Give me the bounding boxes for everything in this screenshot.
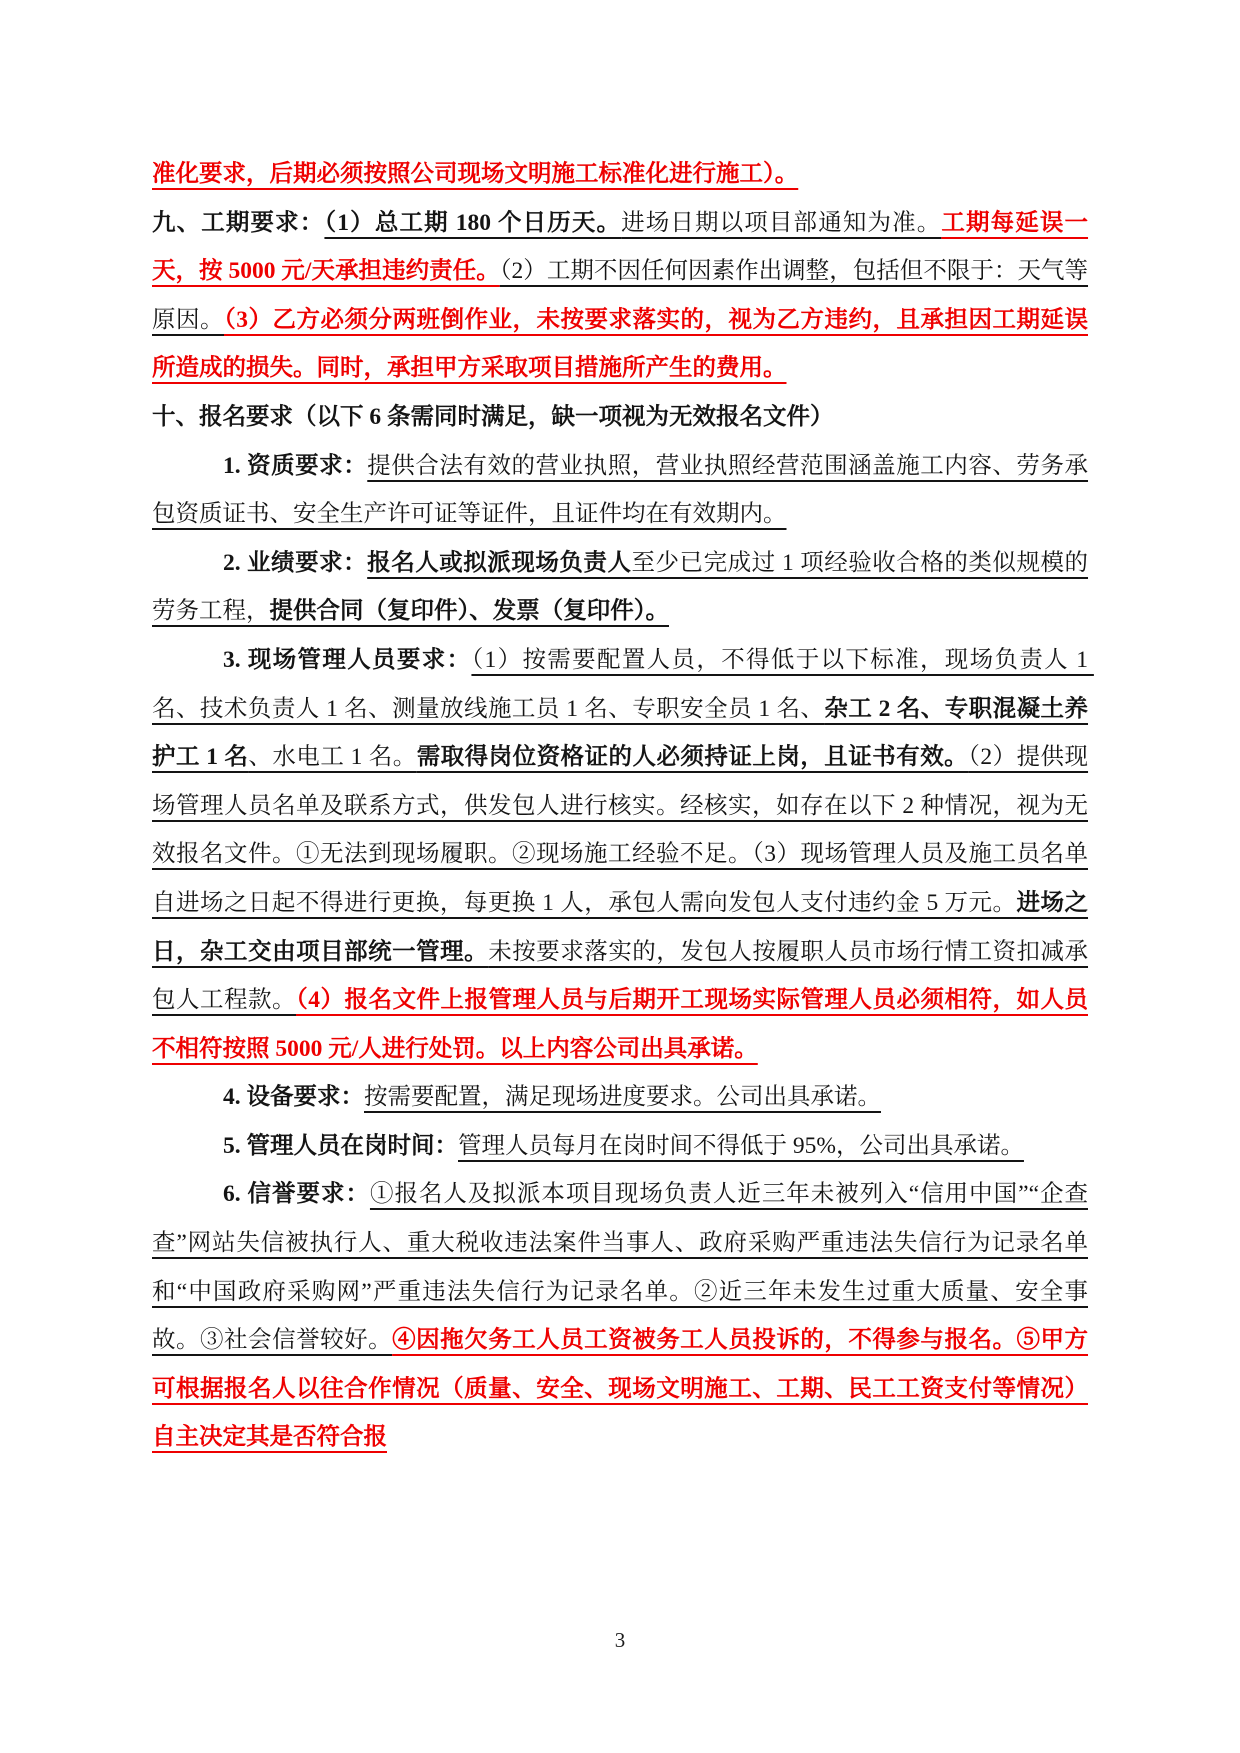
text-segment: （1）总工期 180 个日历天。 [324,210,621,236]
paragraph-6: 3. 现场管理人员要求：（1）按需要配置人员，不得低于以下标准，现场负责人 1 … [152,636,1088,1073]
text-segment: 十、报名要求（以下 6 条需同时满足，缺一项视为无效报名文件） [152,404,834,430]
text-segment: 九、工期要求： [152,210,324,236]
text-segment: 准化要求，后期必须按照公司现场文明施工标准化进行施工）。 [152,161,798,187]
text-segment: 进场日期以项目部通知为准。 [621,210,941,236]
document-page: 准化要求，后期必须按照公司现场文明施工标准化进行施工）。九、工期要求：（1）总工… [0,0,1240,1753]
paragraph-9: 6. 信誉要求：①报名人及拟派本项目现场负责人近三年未被列入“信用中国”“企查查… [152,1170,1088,1462]
text-segment: 1. 资质要求： [223,453,367,479]
text-segment: 、水电工 1 名。 [248,744,416,770]
paragraph-7: 4. 设备要求：按需要配置，满足现场进度要求。公司出具承诺。 [152,1073,1088,1122]
text-segment: 需取得岗位资格证的人必须持证上岗，且证书有效。 [417,744,968,770]
text-segment: 6. 信誉要求： [223,1181,370,1207]
text-segment: 管理人员每月在岗时间不得低于 95%，公司出具承诺。 [458,1133,1024,1159]
text-segment: 报名人或拟派现场负责人 [367,550,631,576]
paragraph-8: 5. 管理人员在岗时间：管理人员每月在岗时间不得低于 95%，公司出具承诺。 [152,1122,1088,1171]
paragraph-2: 九、工期要求：（1）总工期 180 个日历天。进场日期以项目部通知为准。工期每延… [152,199,1088,393]
paragraph-1: 准化要求，后期必须按照公司现场文明施工标准化进行施工）。 [152,150,1088,199]
text-segment: 2. 业绩要求： [223,550,367,576]
text-segment: 4. 设备要求： [223,1084,364,1110]
paragraph-4: 1. 资质要求：提供合法有效的营业执照，营业执照经营范围涵盖施工内容、劳务承包资… [152,442,1088,539]
document-body: 准化要求，后期必须按照公司现场文明施工标准化进行施工）。九、工期要求：（1）总工… [152,150,1088,1462]
text-segment: 3. 现场管理人员要求： [223,647,471,673]
page-number: 3 [0,1628,1240,1653]
text-segment: 按需要配置，满足现场进度要求。公司出具承诺。 [364,1084,881,1110]
paragraph-5: 2. 业绩要求：报名人或拟派现场负责人至少已完成过 1 项经验收合格的类似规模的… [152,539,1088,636]
text-segment: 提供合同（复印件）、发票（复印件）。 [270,598,670,624]
text-segment: 5. 管理人员在岗时间： [223,1133,458,1159]
paragraph-3: 十、报名要求（以下 6 条需同时满足，缺一项视为无效报名文件） [152,393,1088,442]
text-segment: （3）乙方必须分两班倒作业，未按要求落实的，视为乙方违约，且承担因工期延误所造成… [152,307,1088,382]
